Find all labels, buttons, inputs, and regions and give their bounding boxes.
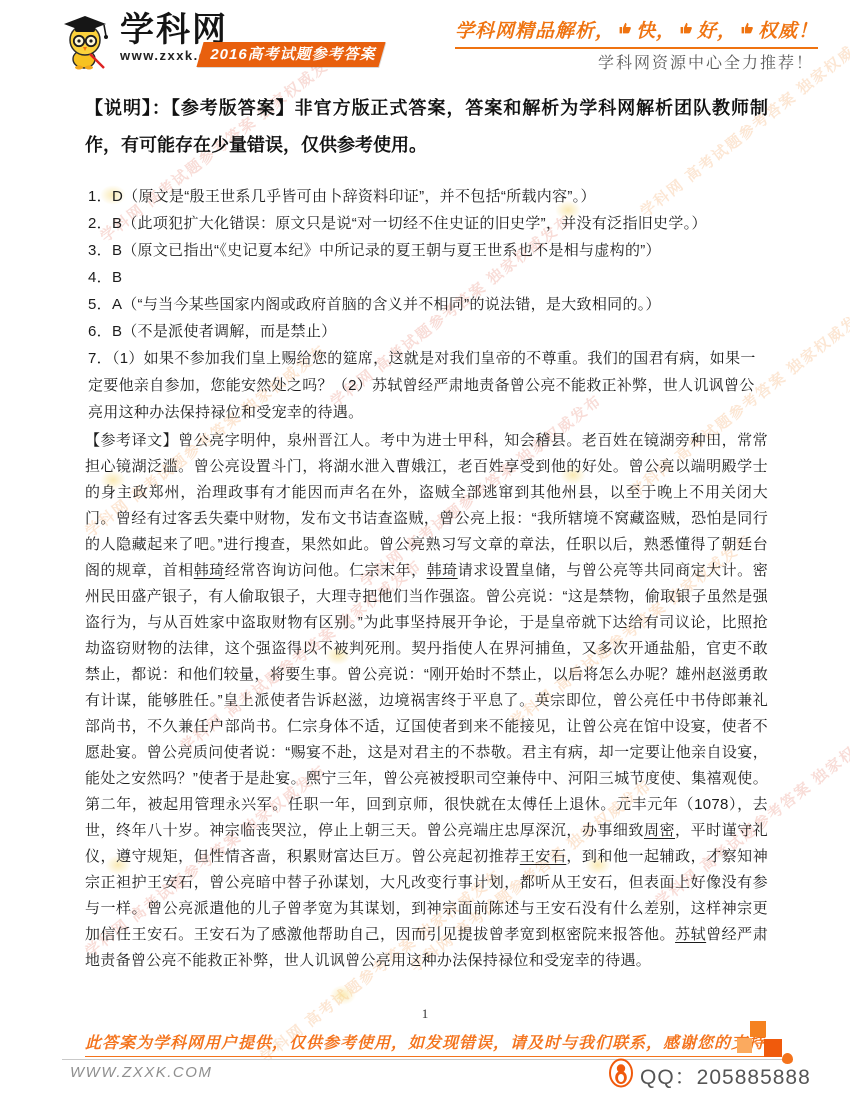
page-number: 1 (0, 1006, 850, 1022)
answer-item: 3．B（原文已指出“《史记夏本纪》中所记录的夏王朝与夏王世系也不是相与虚构的”） (88, 237, 768, 264)
owl-mascot-icon (60, 12, 116, 70)
answer-item: 6．B（不是派使者调解，而是禁止） (88, 318, 768, 345)
translation-text: 经常咨询访问他。仁宗末年， (225, 562, 427, 579)
answer-item: 7．（1）如果不参加我们皇上赐给您的筵席，这就是对我们皇帝的不尊重。我们的国君有… (88, 345, 768, 426)
thumbs-up-icon (740, 19, 755, 41)
slogan-fast: 快， (636, 16, 676, 43)
thumbs-up-icon (618, 19, 633, 41)
footer-note-text: 此答案为学科网用户提供，仅供参考使用，如发现错误，请及时与我们联系，感谢您的支持 (85, 1030, 765, 1057)
footer-site-url: WWW.ZXXK.COM (70, 1064, 212, 1081)
answers-list: 1．D（原文是“殷王世系几乎皆可由卜辞资料印证”，并不包括“所载内容”。）2．B… (88, 183, 768, 426)
decor-dot (782, 1053, 793, 1064)
qq-icon (608, 1058, 634, 1093)
qq-number: QQ：205885888 (640, 1061, 811, 1091)
header-slogan: 学科网精品解析， 快， 好， 权威！ (455, 16, 818, 49)
proper-noun: 苏轼 (675, 926, 706, 943)
footer-note: 此答案为学科网用户提供，仅供参考使用，如发现错误，请及时与我们联系，感谢您的支持 (0, 1030, 850, 1057)
proper-noun: 周密 (644, 822, 675, 839)
answer-item: 1．D（原文是“殷王世系几乎皆可由卜辞资料印证”，并不包括“所载内容”。） (88, 183, 768, 210)
slogan-prefix: 学科网精品解析， (455, 16, 615, 43)
answer-item: 5．A（“与当今某些国家内阁或政府首脑的含义并不相同”的说法错，是大致相同的。） (88, 291, 768, 318)
slogan-auth: 权威！ (758, 16, 818, 43)
proper-noun: 韩琦 (427, 562, 458, 579)
translation-text: 【参考译文】曾公亮字明仲，泉州晋江人。考中为进士甲科，知会稽县。老百姓在镜湖旁种… (85, 432, 768, 579)
header-recommend: 学科网资源中心全力推荐！ (598, 50, 814, 73)
decor-square-light (737, 1038, 752, 1053)
translation-text: 请求设置皇储，与曾公亮等共同商定大计。密州民田盛产银子，有人偷取银子，大理寺把他… (85, 562, 768, 839)
proper-noun: 王安石 (520, 848, 567, 865)
answer-item: 2．B（此项犯扩大化错误：原文只是说“对一切经不住史证的旧史学”，并没有泛指旧史… (88, 210, 768, 237)
notice-paragraph: 【说明】：【参考版答案】非官方版正式答案，答案和解析为学科网解析团队教师制作，有… (85, 90, 768, 164)
qq-contact: QQ：205885888 (608, 1058, 811, 1093)
translation-paragraph: 【参考译文】曾公亮字明仲，泉州晋江人。考中为进士甲科，知会稽县。老百姓在镜湖旁种… (85, 428, 768, 974)
proper-noun: 韩琦 (194, 562, 225, 579)
decor-square-medium (750, 1021, 766, 1037)
watermark-blob (330, 985, 356, 1005)
thumbs-up-icon (679, 19, 694, 41)
decor-square-dark (764, 1039, 782, 1057)
answer-item: 4．B (88, 264, 768, 291)
page: 学科网 高考试题参考答案 独家权威发布学科网 高考试题参考答案 独家权威发布学科… (0, 0, 850, 1100)
slogan-good: 好， (697, 16, 737, 43)
header: 学科网 www.zxxk.com 2016高考试题参考答案 学科网精品解析， 快… (0, 0, 850, 80)
banner-title: 2016高考试题参考答案 (202, 42, 384, 67)
